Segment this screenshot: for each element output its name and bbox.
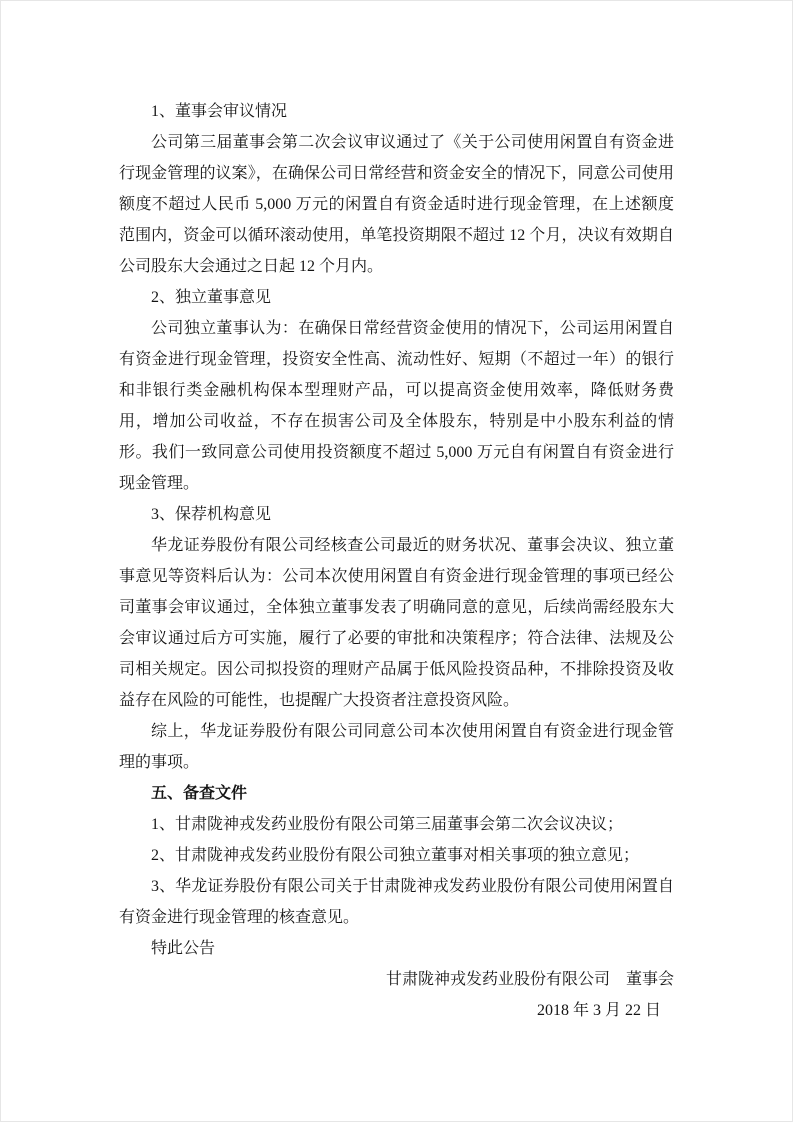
para-sponsor-opinion: 华龙证券股份有限公司经核查公司最近的财务状况、董事会决议、独立董事意见等资料后认… <box>119 530 674 716</box>
closing-statement: 特此公告 <box>119 933 674 964</box>
signature-date-line: 2018 年 3 月 22 日 <box>119 995 674 1026</box>
para-sponsor-conclusion: 综上，华龙证券股份有限公司同意公司本次使用闲置自有资金进行现金管理的事项。 <box>119 716 674 778</box>
para-independent-directors-opinion: 公司独立董事认为：在确保日常经营资金使用的情况下，公司运用闲置自有资金进行现金管… <box>119 313 674 499</box>
reference-document-item-3: 3、华龙证券股份有限公司关于甘肃陇神戎发药业股份有限公司使用闲置自有资金进行现金… <box>119 871 674 933</box>
para-board-review: 公司第三届董事会第二次会议审议通过了《关于公司使用闲置自有资金进行现金管理的议案… <box>119 127 674 282</box>
announcement-page: 1、董事会审议情况 公司第三届董事会第二次会议审议通过了《关于公司使用闲置自有资… <box>0 0 793 1122</box>
heading-board-review: 1、董事会审议情况 <box>119 96 674 127</box>
signature-company-line: 甘肃陇神戎发药业股份有限公司 董事会 <box>119 964 674 995</box>
heading-independent-directors-opinion: 2、独立董事意见 <box>119 282 674 313</box>
heading-reference-documents: 五、备查文件 <box>119 778 674 809</box>
reference-document-item-1: 1、甘肃陇神戎发药业股份有限公司第三届董事会第二次会议决议； <box>119 809 674 840</box>
reference-document-item-2: 2、甘肃陇神戎发药业股份有限公司独立董事对相关事项的独立意见； <box>119 840 674 871</box>
heading-sponsor-opinion: 3、保荐机构意见 <box>119 499 674 530</box>
